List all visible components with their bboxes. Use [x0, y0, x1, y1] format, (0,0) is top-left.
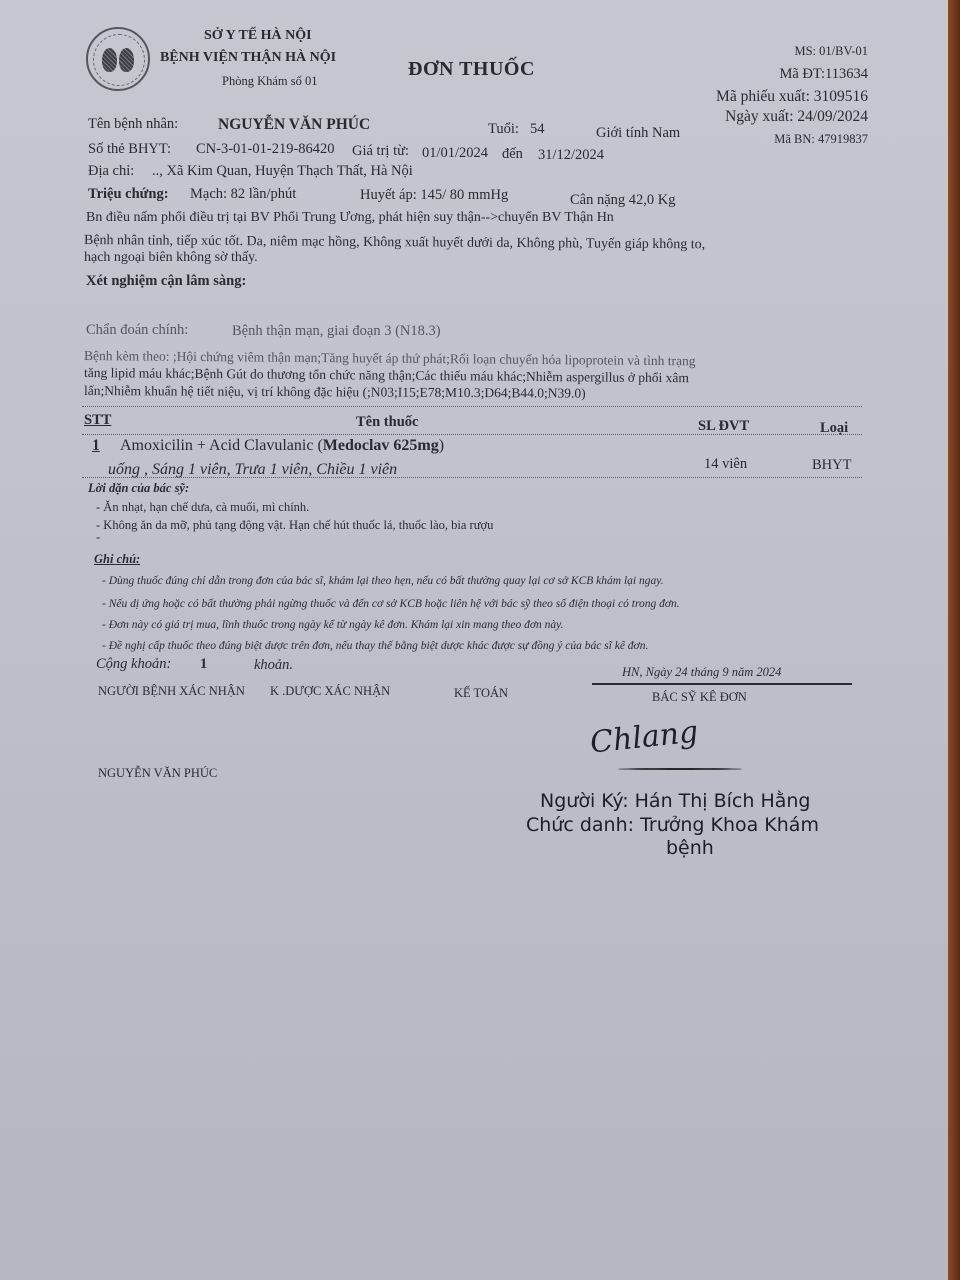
hospital-name: BỆNH VIỆN THẬN HÀ NỘI [160, 50, 336, 66]
address: .., Xã Kim Quan, Huyện Thạch Thất, Hà Nộ… [152, 163, 413, 180]
note-item: - Đơn này có giá trị mua, lĩnh thuốc tro… [102, 619, 564, 631]
drug-name: Amoxicilin + Acid Clavulanic (Medoclav 6… [120, 437, 444, 455]
table-header-rule [82, 434, 862, 435]
symptom-note-1: Bn điều nấm phổi điều trị tại BV Phổi Tr… [86, 210, 614, 226]
notes-label: Ghi chú: [94, 552, 140, 567]
col-qty-unit: SL ĐVT [698, 418, 749, 435]
bhyt-label: Số thẻ BHYT: [88, 141, 171, 158]
table-top-rule [82, 406, 862, 407]
signer-position: Chức danh: Trưởng Khoa Khám [526, 814, 819, 836]
signer-position-cont: bệnh [666, 837, 714, 859]
pharmacy-confirm-label: K .DƯỢC XÁC NHẬN [270, 684, 390, 699]
accountant-label: KẾ TOÁN [454, 686, 508, 701]
address-label: Địa chỉ: [88, 163, 134, 180]
main-diagnosis: Bệnh thận mạn, giai đoạn 3 (N18.3) [232, 323, 441, 340]
symptom-note-3: hạch ngoại biên không sờ thấy. [84, 250, 258, 266]
row-stt: 1 [92, 437, 100, 455]
ngay-xuat: Ngày xuất: 24/09/2024 [725, 108, 868, 126]
advice-item: - Ăn nhạt, hạn chế dưa, cà muối, mì chín… [96, 500, 309, 515]
patient-confirm-label: NGƯỜI BỆNH XÁC NHẬN [98, 684, 245, 699]
comorbidities-line-3: lấn;Nhiễm khuẩn hệ tiết niệu, vị trí khô… [84, 383, 586, 402]
hospital-logo-icon [86, 27, 150, 91]
drug-generic: Amoxicilin + Acid Clavulanic ( [120, 437, 323, 454]
note-item: - Dùng thuốc đúng chỉ dẫn trong đơn của … [102, 575, 664, 587]
clinic-name: Phòng Khám số 01 [222, 74, 318, 89]
valid-from: 01/01/2024 [422, 145, 488, 162]
ma-dt: Mã ĐT:113634 [779, 66, 868, 83]
main-diagnosis-label: Chẩn đoán chính: [86, 322, 188, 339]
total-count: 1 [200, 656, 207, 673]
valid-from-label: Giá trị từ: [352, 143, 409, 160]
age-label: Tuổi: [488, 121, 519, 138]
advice-item: - Không ăn da mỡ, phủ tạng động vật. Hạn… [96, 518, 493, 533]
table-edge [948, 0, 960, 1280]
valid-to-label: đến [502, 146, 523, 163]
drug-name-close: ) [439, 437, 444, 454]
prescription-date: HN, Ngày 24 tháng 9 năm 2024 [622, 665, 781, 680]
age-value: 54 [530, 121, 545, 138]
doctor-label: BÁC SỸ KÊ ĐƠN [652, 690, 747, 705]
form-code: MS: 01/BV-01 [794, 44, 868, 59]
blood-pressure: Huyết áp: 145/ 80 mmHg [360, 187, 508, 204]
pulse: Mạch: 82 lần/phút [190, 186, 296, 203]
drug-qty: 14 viên [704, 456, 747, 473]
patient-name: NGUYỄN VĂN PHÚC [218, 116, 370, 134]
total-label: Cộng khoản: [96, 656, 171, 673]
signature-underline [618, 768, 742, 770]
dept-name: SỞ Y TẾ HÀ NỘI [204, 28, 312, 44]
col-drug-name: Tên thuốc [356, 414, 418, 431]
gender: Giới tính Nam [596, 125, 680, 142]
patient-name-label: Tên bệnh nhân: [88, 116, 178, 133]
symptoms-label: Triệu chứng: [88, 186, 169, 203]
ma-phieu-xuat: Mã phiếu xuất: 3109516 [716, 88, 868, 106]
advice-item: - [96, 530, 100, 545]
signer-name: Người Ký: Hán Thị Bích Hằng [540, 790, 811, 812]
advice-label: Lời dặn của bác sỹ: [88, 481, 189, 496]
document-title: ĐƠN THUỐC [408, 58, 535, 81]
weight: Cân nặng 42,0 Kg [570, 192, 676, 209]
note-item: - Nếu dị ứng hoặc có bất thường phải ngừ… [102, 598, 680, 610]
bhyt-number: CN-3-01-01-219-86420 [196, 141, 335, 158]
col-stt: STT [84, 412, 111, 429]
table-bottom-rule [82, 477, 862, 478]
total-unit: khoản. [254, 657, 293, 674]
valid-to: 31/12/2024 [538, 147, 604, 164]
ma-bn: Mã BN: 47919837 [774, 132, 868, 147]
drug-type: BHYT [812, 457, 851, 474]
patient-signed-name: NGUYỄN VĂN PHÚC [98, 766, 217, 781]
drug-brand: Medoclav 625mg [323, 437, 439, 454]
date-rule [592, 683, 852, 685]
note-item: - Đề nghị cấp thuốc theo đúng biệt dược … [102, 640, 648, 652]
lab-tests-label: Xét nghiệm cận lâm sàng: [86, 273, 246, 290]
